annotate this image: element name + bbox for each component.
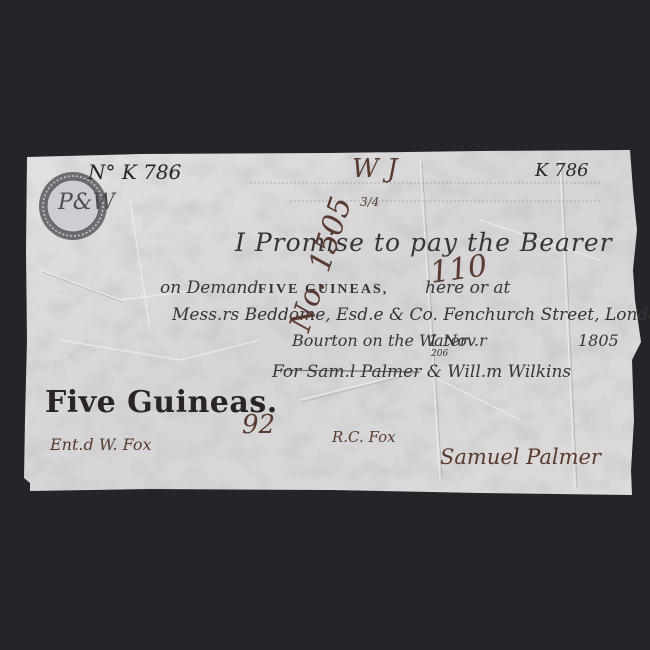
bankers-line: Mess.rs Beddome, Esd.e & Co. Fenchurch S… <box>172 305 650 325</box>
for-line: For Sam.l Palmer & Will.m Wilkins <box>272 362 571 382</box>
manuscript-initials-top: W J <box>352 154 397 184</box>
serial-number-left: N° K 786 <box>88 160 181 184</box>
manuscript-initials-bottom: R.C. Fox <box>332 428 396 446</box>
registration-number: 206 <box>431 349 448 359</box>
banknote-paper <box>0 0 650 650</box>
manuscript-number: 92 <box>242 410 275 440</box>
monogram-text: P&W <box>58 190 115 215</box>
issue-date: 1 Nov.r <box>428 331 487 350</box>
photo-stage: P&W N° K 786 K 786 W J 3/4 I Promise to … <box>0 0 650 650</box>
signature: Samuel Palmer <box>440 445 601 469</box>
serial-number-right: K 786 <box>535 160 589 181</box>
entered-by: Ent.d W. Fox <box>50 435 152 454</box>
manuscript-small-number: 3/4 <box>360 195 379 209</box>
promise-line: I Promise to pay the Bearer <box>235 228 613 257</box>
issue-year: 1805 <box>578 331 619 350</box>
demand-prefix: on Demand <box>160 278 258 298</box>
